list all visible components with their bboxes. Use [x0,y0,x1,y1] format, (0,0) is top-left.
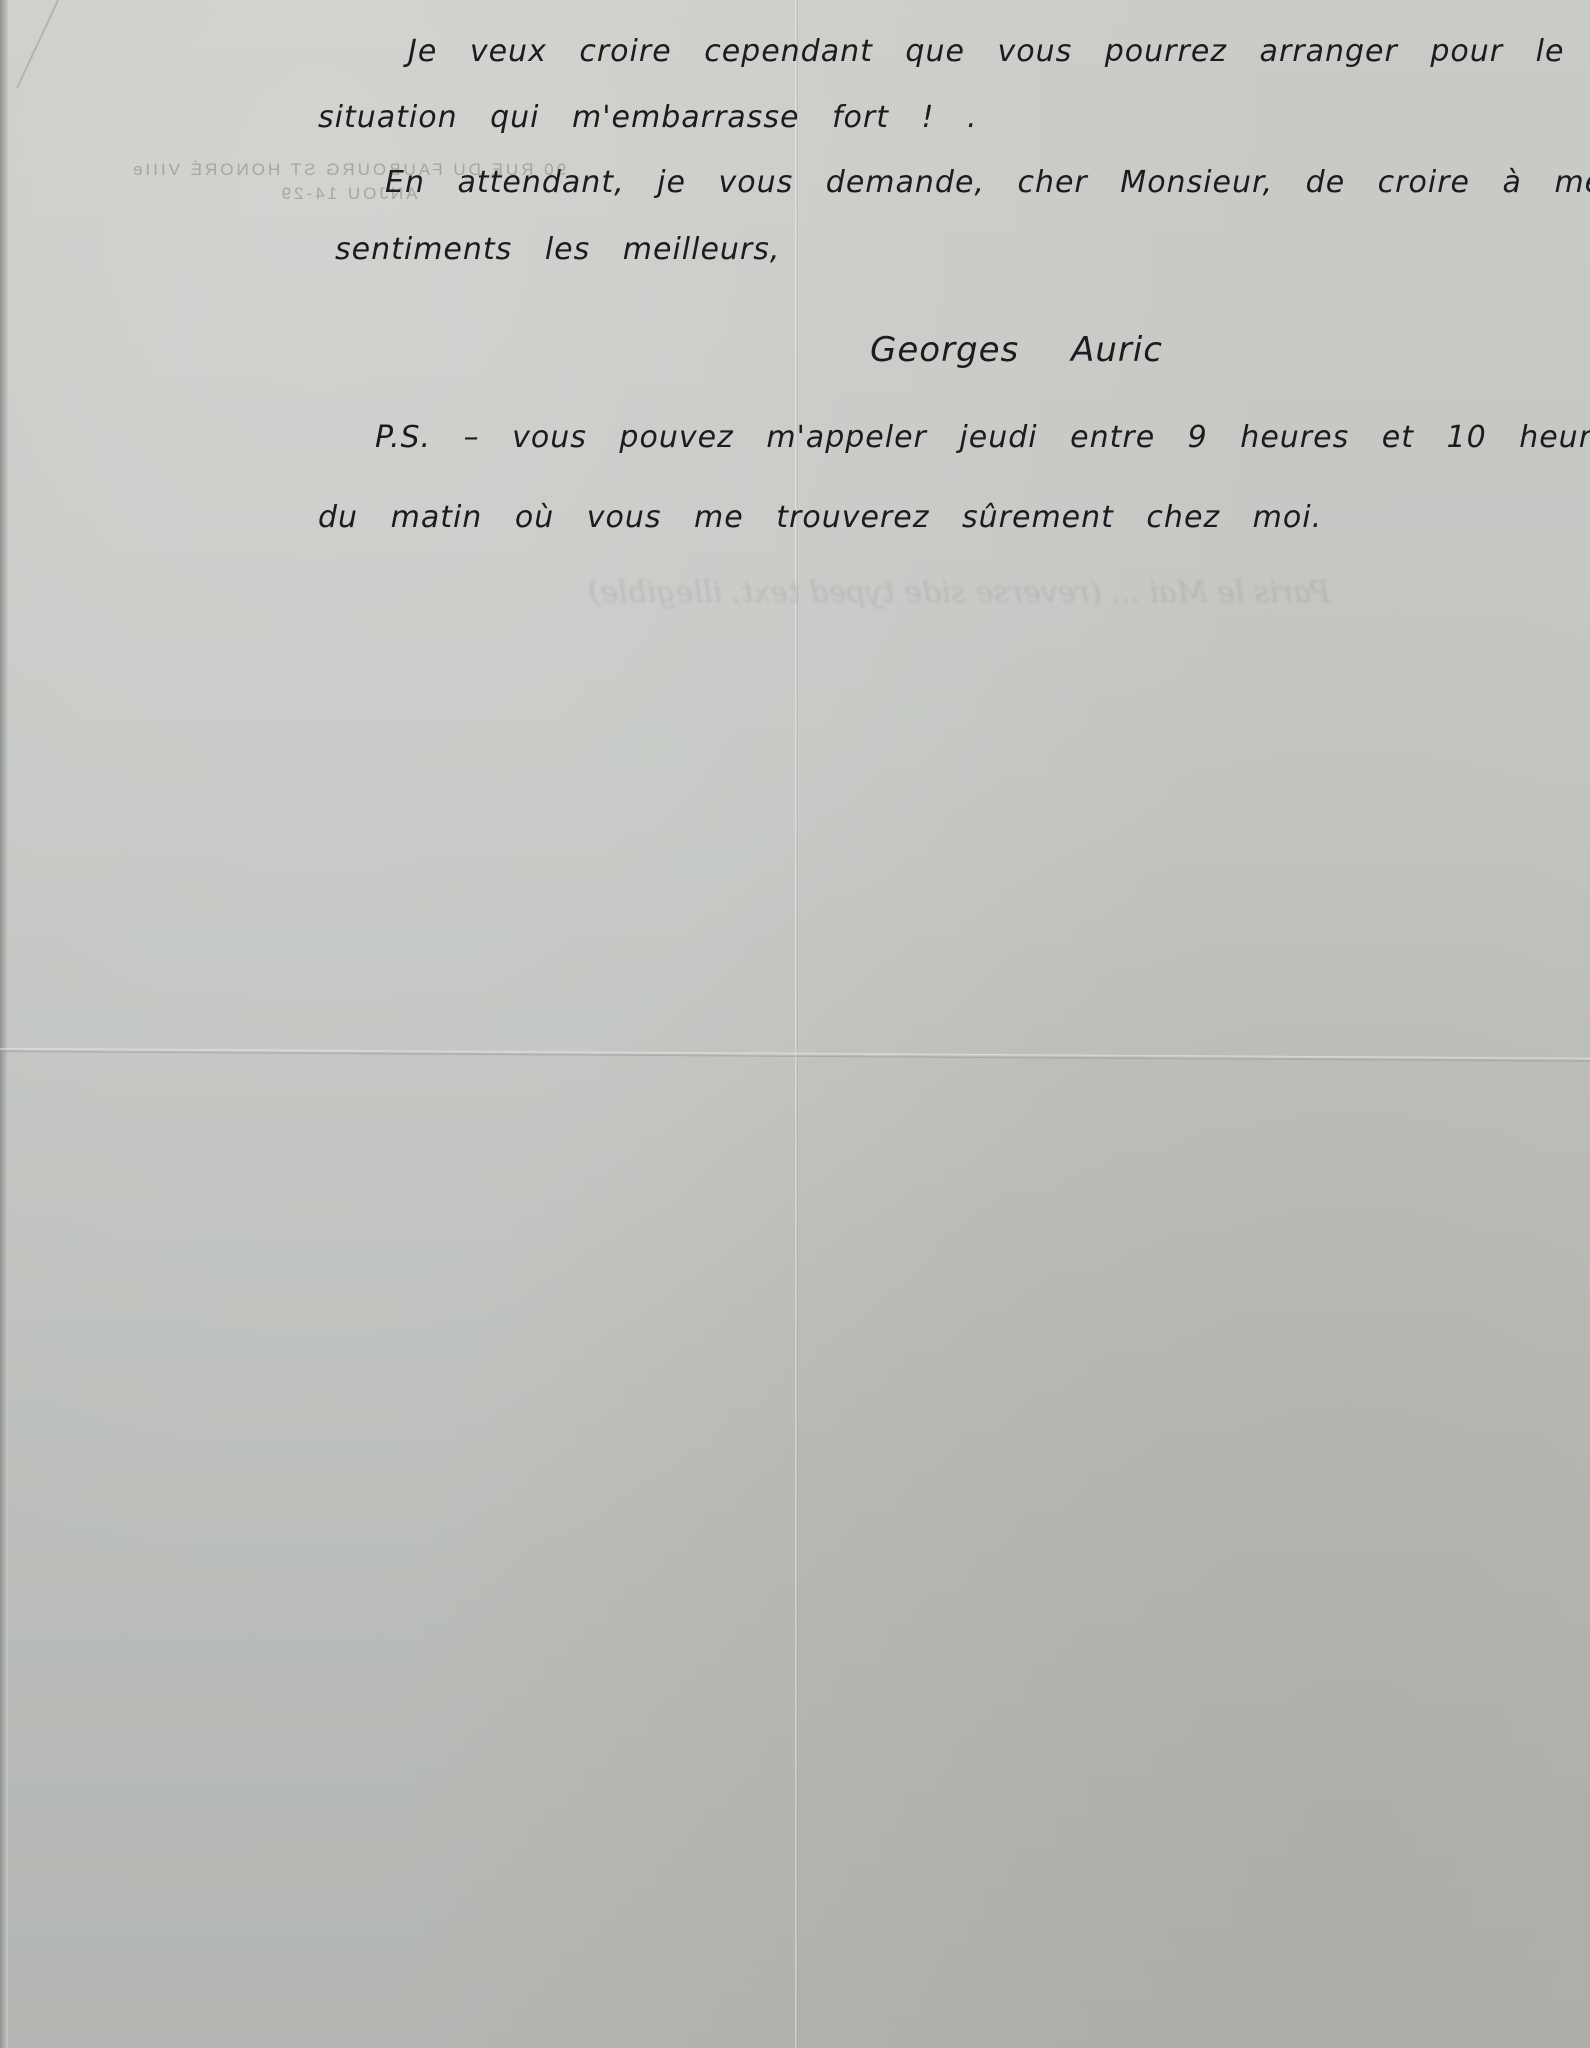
corner-crease [16,0,186,139]
paper-edge [0,0,8,2048]
body-line-2: situation qui m'embarrasse fort ! . [318,100,978,135]
body-line-3: En attendant, je vous demande, cher Mons… [385,165,1590,200]
letter-page: 90 RUE DU FAUBOURG ST HONORÉ VIIIe ANJOU… [0,0,1590,2048]
postscript-line-1: P.S. – vous pouvez m'appeler jeudi entre… [375,420,1590,455]
reverse-side-show-through: Paris le Mai ... (reverse side typed tex… [80,560,1330,626]
vertical-fold-line [795,0,798,2048]
body-line-1: Je veux croire cependant que vous pourre… [408,34,1590,69]
postscript-line-2: du matin où vous me trouverez sûrement c… [318,500,1322,535]
signature: Georges Auric [870,330,1163,370]
body-line-4: sentiments les meilleurs, [335,232,780,267]
